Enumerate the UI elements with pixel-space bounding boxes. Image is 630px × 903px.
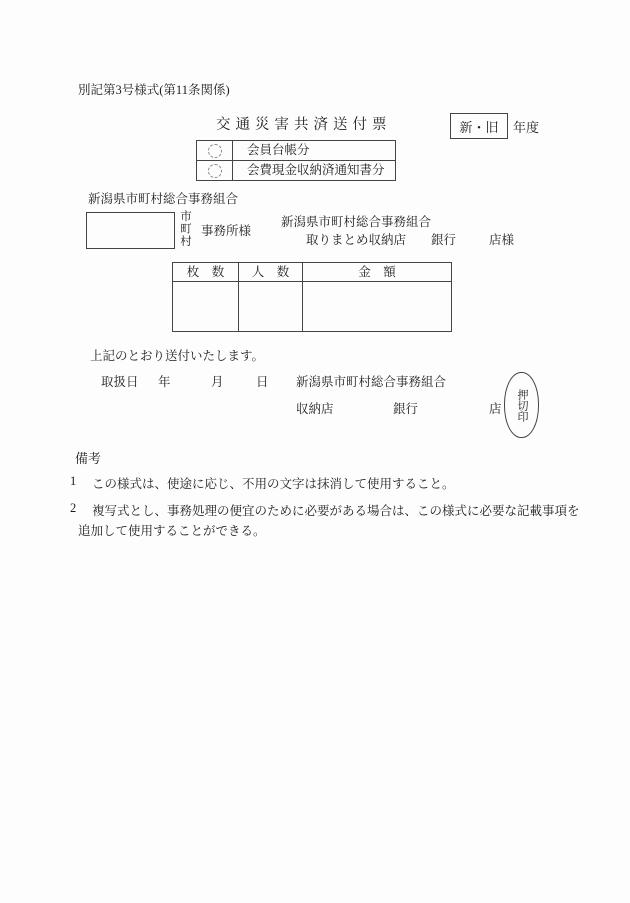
count-table-body-row — [173, 282, 451, 331]
year-suffix-label: 年度 — [513, 117, 539, 136]
remark-2-text-line2: 追加して使用することができる。 — [78, 521, 266, 539]
form-number: 別記第3号様式(第11条関係) — [78, 80, 230, 98]
handling-bank-label: 銀行 — [393, 399, 418, 417]
column-header-amount: 金 額 — [303, 263, 451, 281]
office-addressee-label: 事務所様 — [201, 221, 251, 239]
circle-mark-cell — [197, 161, 233, 180]
table-row: 会費現金収納済通知書分 — [197, 160, 395, 180]
day-unit-label: 日 — [256, 372, 269, 390]
count-table-header: 枚 数 人 数 金 額 — [173, 263, 451, 282]
amount-value-cell — [303, 282, 451, 331]
handling-collection-store: 収納店 — [296, 399, 334, 417]
addressee-organization: 新潟県市町村総合事務組合 — [281, 212, 431, 230]
dotted-circle-icon — [208, 144, 222, 158]
remark-2-number: 2 — [70, 501, 76, 516]
remarks-heading: 備考 — [75, 448, 101, 467]
handling-organization: 新潟県市町村総合事務組合 — [296, 372, 446, 390]
column-header-sheets: 枚 数 — [173, 263, 239, 281]
month-unit-label: 月 — [211, 372, 224, 390]
send-statement: 上記のとおり送付いたします。 — [90, 346, 264, 364]
copy-type-table: 会員台帳分 会費現金収納済通知書分 — [196, 140, 396, 181]
organization-name: 新潟県市町村総合事務組合 — [88, 189, 238, 207]
sheets-value-cell — [173, 282, 239, 331]
addressee-bank-label: 銀行 — [431, 230, 456, 248]
municipality-label: 市町村 — [177, 210, 193, 254]
new-old-year-box: 新・旧 — [450, 113, 508, 139]
table-row: 会員台帳分 — [197, 141, 395, 160]
addressee-branch-label: 店様 — [489, 230, 514, 248]
column-header-persons: 人 数 — [239, 263, 303, 281]
count-table: 枚 数 人 数 金 額 — [172, 262, 452, 332]
page-title: 交通災害共済送付票 — [216, 113, 392, 134]
dotted-circle-icon — [208, 164, 222, 178]
copy-row-label: 会員台帳分 — [233, 141, 395, 160]
circle-mark-cell — [197, 141, 233, 160]
addressee-collection-store: 取りまとめ収納店 — [306, 230, 406, 248]
new-old-label: 新・旧 — [459, 117, 498, 136]
handling-branch-label: 店 — [489, 399, 502, 417]
copy-row-label: 会費現金収納済通知書分 — [233, 161, 395, 180]
remark-1-number: 1 — [70, 474, 76, 489]
seal-oval: 押切印 — [504, 372, 539, 438]
handling-date-label: 取扱日 — [101, 372, 139, 390]
municipality-name-box — [86, 212, 175, 249]
persons-value-cell — [239, 282, 303, 331]
remark-1-text: この様式は、使途に応じ、不用の文字は抹消して使用すること。 — [92, 474, 455, 492]
year-unit-label: 年 — [158, 372, 171, 390]
form-page: 別記第3号様式(第11条関係) 交通災害共済送付票 新・旧 年度 会員台帳分 会… — [0, 0, 630, 903]
seal-label: 押切印 — [516, 389, 527, 422]
remark-2-text-line1: 複写式とし、事務処理の便宜のために必要がある場合は、この様式に必要な記載事項を — [92, 501, 580, 519]
